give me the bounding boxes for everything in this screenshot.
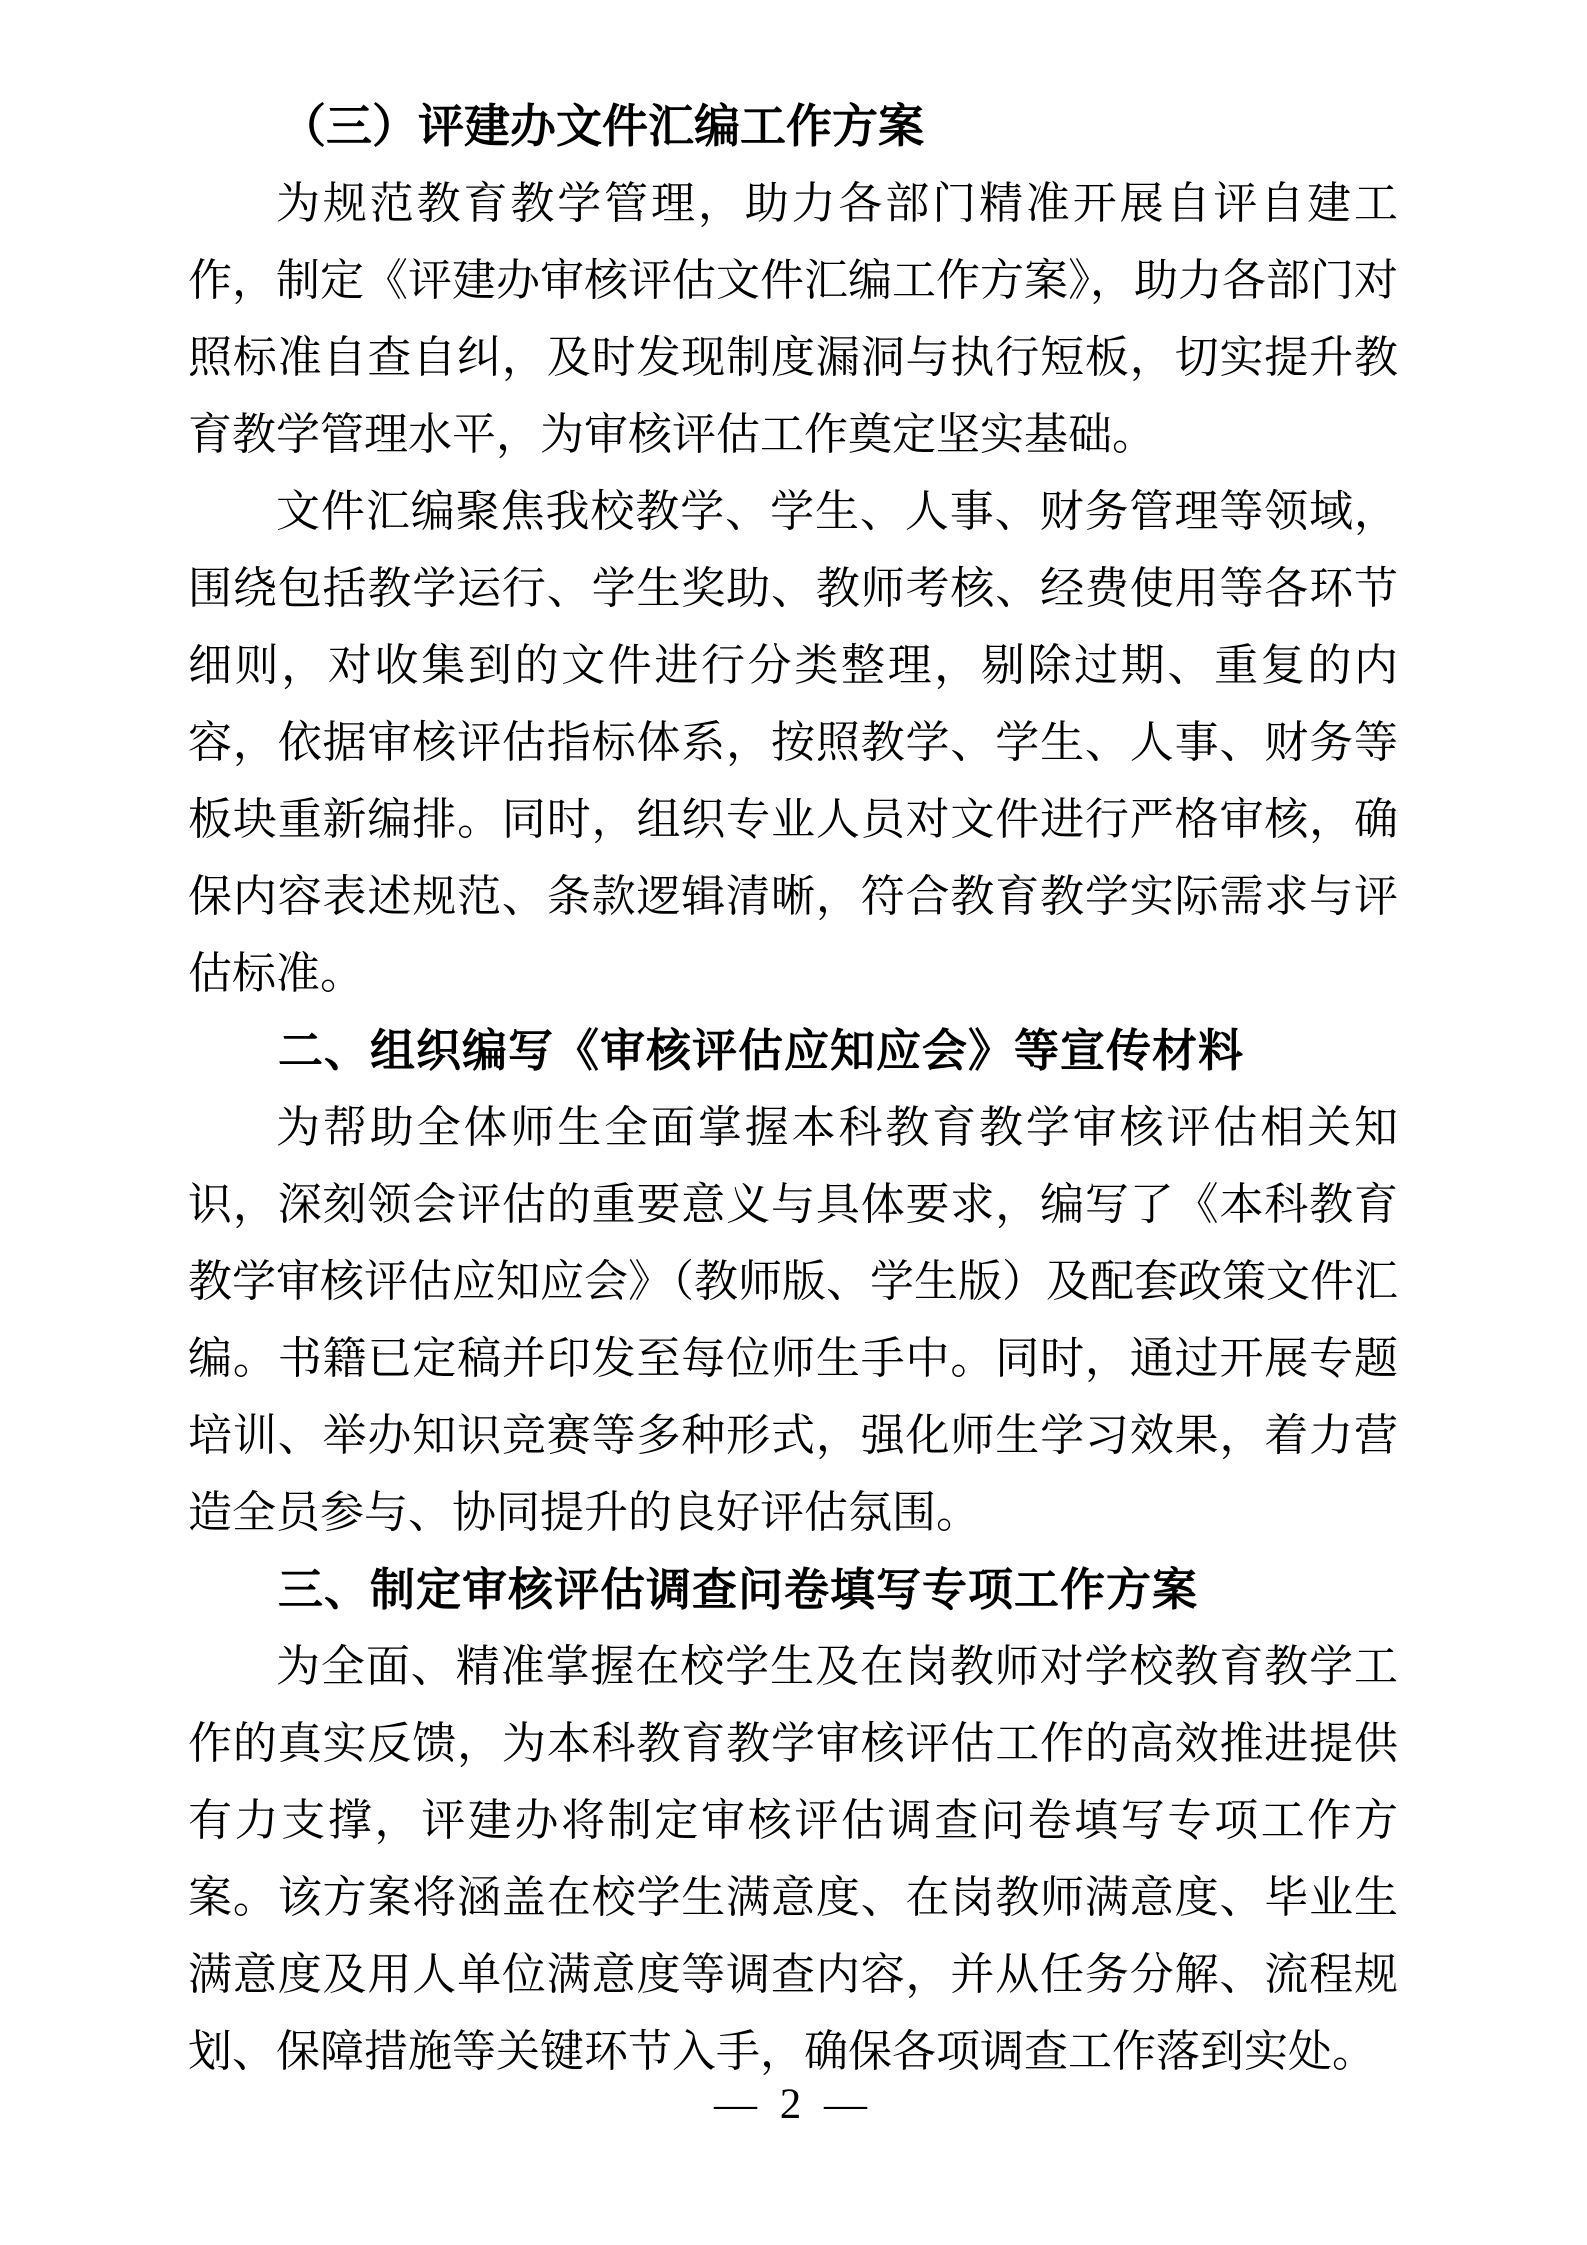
section-heading-2: 二、组织编写《审核评估应知应会》等宣传材料 [188,1012,1398,1089]
page-number: — 2 — [714,2081,873,2128]
page-footer: — 2 — [0,2083,1587,2126]
document-body: （三）评建办文件汇编工作方案为规范教育教学管理，助力各部门精准开展自评自建工作，… [188,88,1398,2090]
body-paragraph: 为帮助全体师生全面掌握本科教育教学审核评估相关知识，深刻领会评估的重要意义与具体… [188,1089,1398,1551]
body-paragraph: 为规范教育教学管理，助力各部门精准开展自评自建工作，制定《评建办审核评估文件汇编… [188,165,1398,473]
sub-section-heading-3: （三）评建办文件汇编工作方案 [188,88,1398,165]
body-paragraph: 为全面、精准掌握在校学生及在岗教师对学校教育教学工作的真实反馈，为本科教育教学审… [188,1628,1398,2090]
body-paragraph: 文件汇编聚焦我校教学、学生、人事、财务管理等领域，围绕包括教学运行、学生奖助、教… [188,473,1398,1012]
document-page: （三）评建办文件汇编工作方案为规范教育教学管理，助力各部门精准开展自评自建工作，… [0,0,1587,2245]
section-heading-3: 三、制定审核评估调查问卷填写专项工作方案 [188,1551,1398,1628]
